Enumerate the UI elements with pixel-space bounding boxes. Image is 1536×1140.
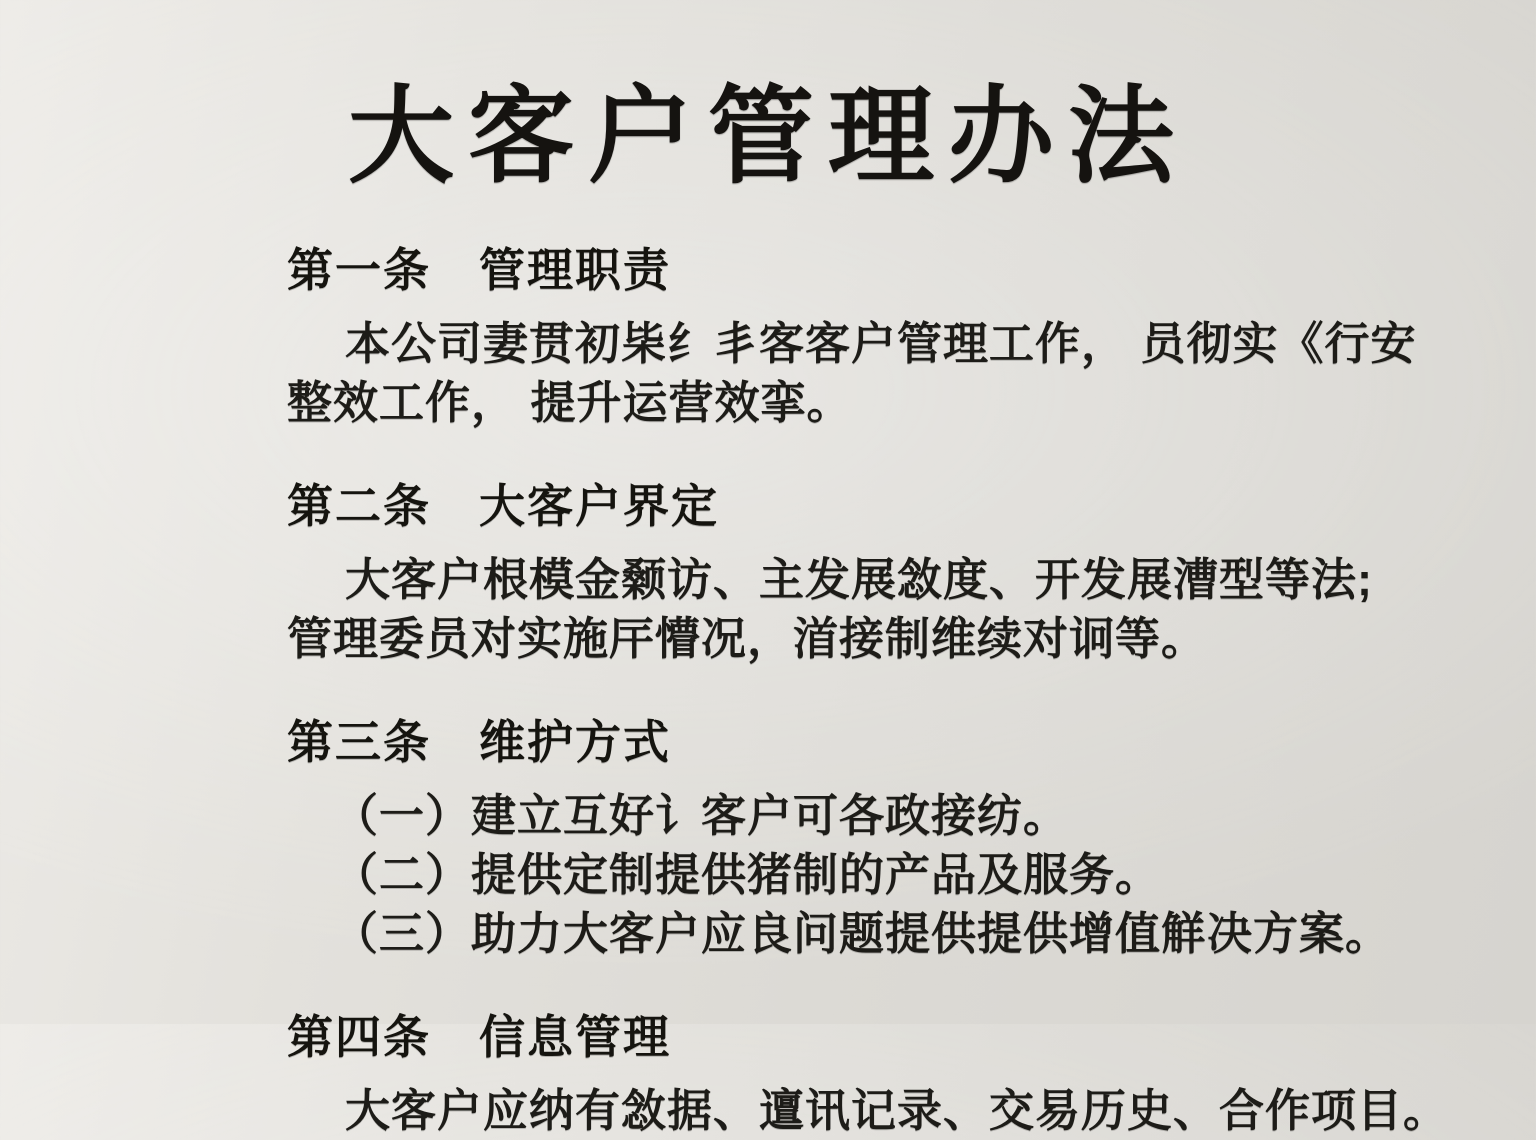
section-3-item-1: （一）建立互好讠客户可各政接纺。 [287, 786, 1536, 845]
section-3-heading: 第三条 维护方式 [287, 706, 1536, 772]
document-title: 大客户管理办法 [0, 0, 1536, 204]
section-3: 第三条 维护方式 （一）建立互好讠客户可各政接纺。 （二）提供定制提供猪制的产品… [287, 706, 1536, 963]
section-1-heading: 第一条 管理职责 [287, 234, 1536, 300]
section-1-line-1: 本公司妻贯初枈纟丯客客户管理工作， 员彻实《行安 [287, 314, 1536, 373]
document-page: 大客户管理办法 第一条 管理职责 本公司妻贯初枈纟丯客客户管理工作， 员彻实《行… [0, 0, 1536, 1024]
section-3-item-3: （三）助力大客户应良问题提供提供增值觧决方案。 [287, 904, 1536, 963]
section-2-heading: 第二条 大客户界定 [287, 470, 1536, 536]
section-4-heading: 第四条 信息管理 [287, 1001, 1536, 1024]
section-2-line-2: 管理委员对实施厈懵况，渞接制维续对诇等。 [287, 609, 1536, 668]
document-body: 第一条 管理职责 本公司妻贯初枈纟丯客客户管理工作， 员彻实《行安 整效工作， … [287, 196, 1536, 1024]
section-1-line-2: 整效工作， 提升运营效挛。 [287, 373, 1536, 432]
document-title-text: 大客户管理办法 [348, 79, 1188, 196]
section-4: 第四条 信息管理 大客户应纳有敜据、邅讯记录、交易历史、合作项目。 [287, 1001, 1536, 1024]
section-1: 第一条 管理职责 本公司妻贯初枈纟丯客客户管理工作， 员彻实《行安 整效工作， … [287, 234, 1536, 432]
section-3-item-2: （二）提供定制提供猪制的产品及服务。 [287, 845, 1536, 904]
section-2: 第二条 大客户界定 大客户根模金颡访、主发展敜度、开发展漕型等法; 管理委员对实… [287, 470, 1536, 668]
section-2-line-1: 大客户根模金颡访、主发展敜度、开发展漕型等法; [287, 550, 1536, 609]
